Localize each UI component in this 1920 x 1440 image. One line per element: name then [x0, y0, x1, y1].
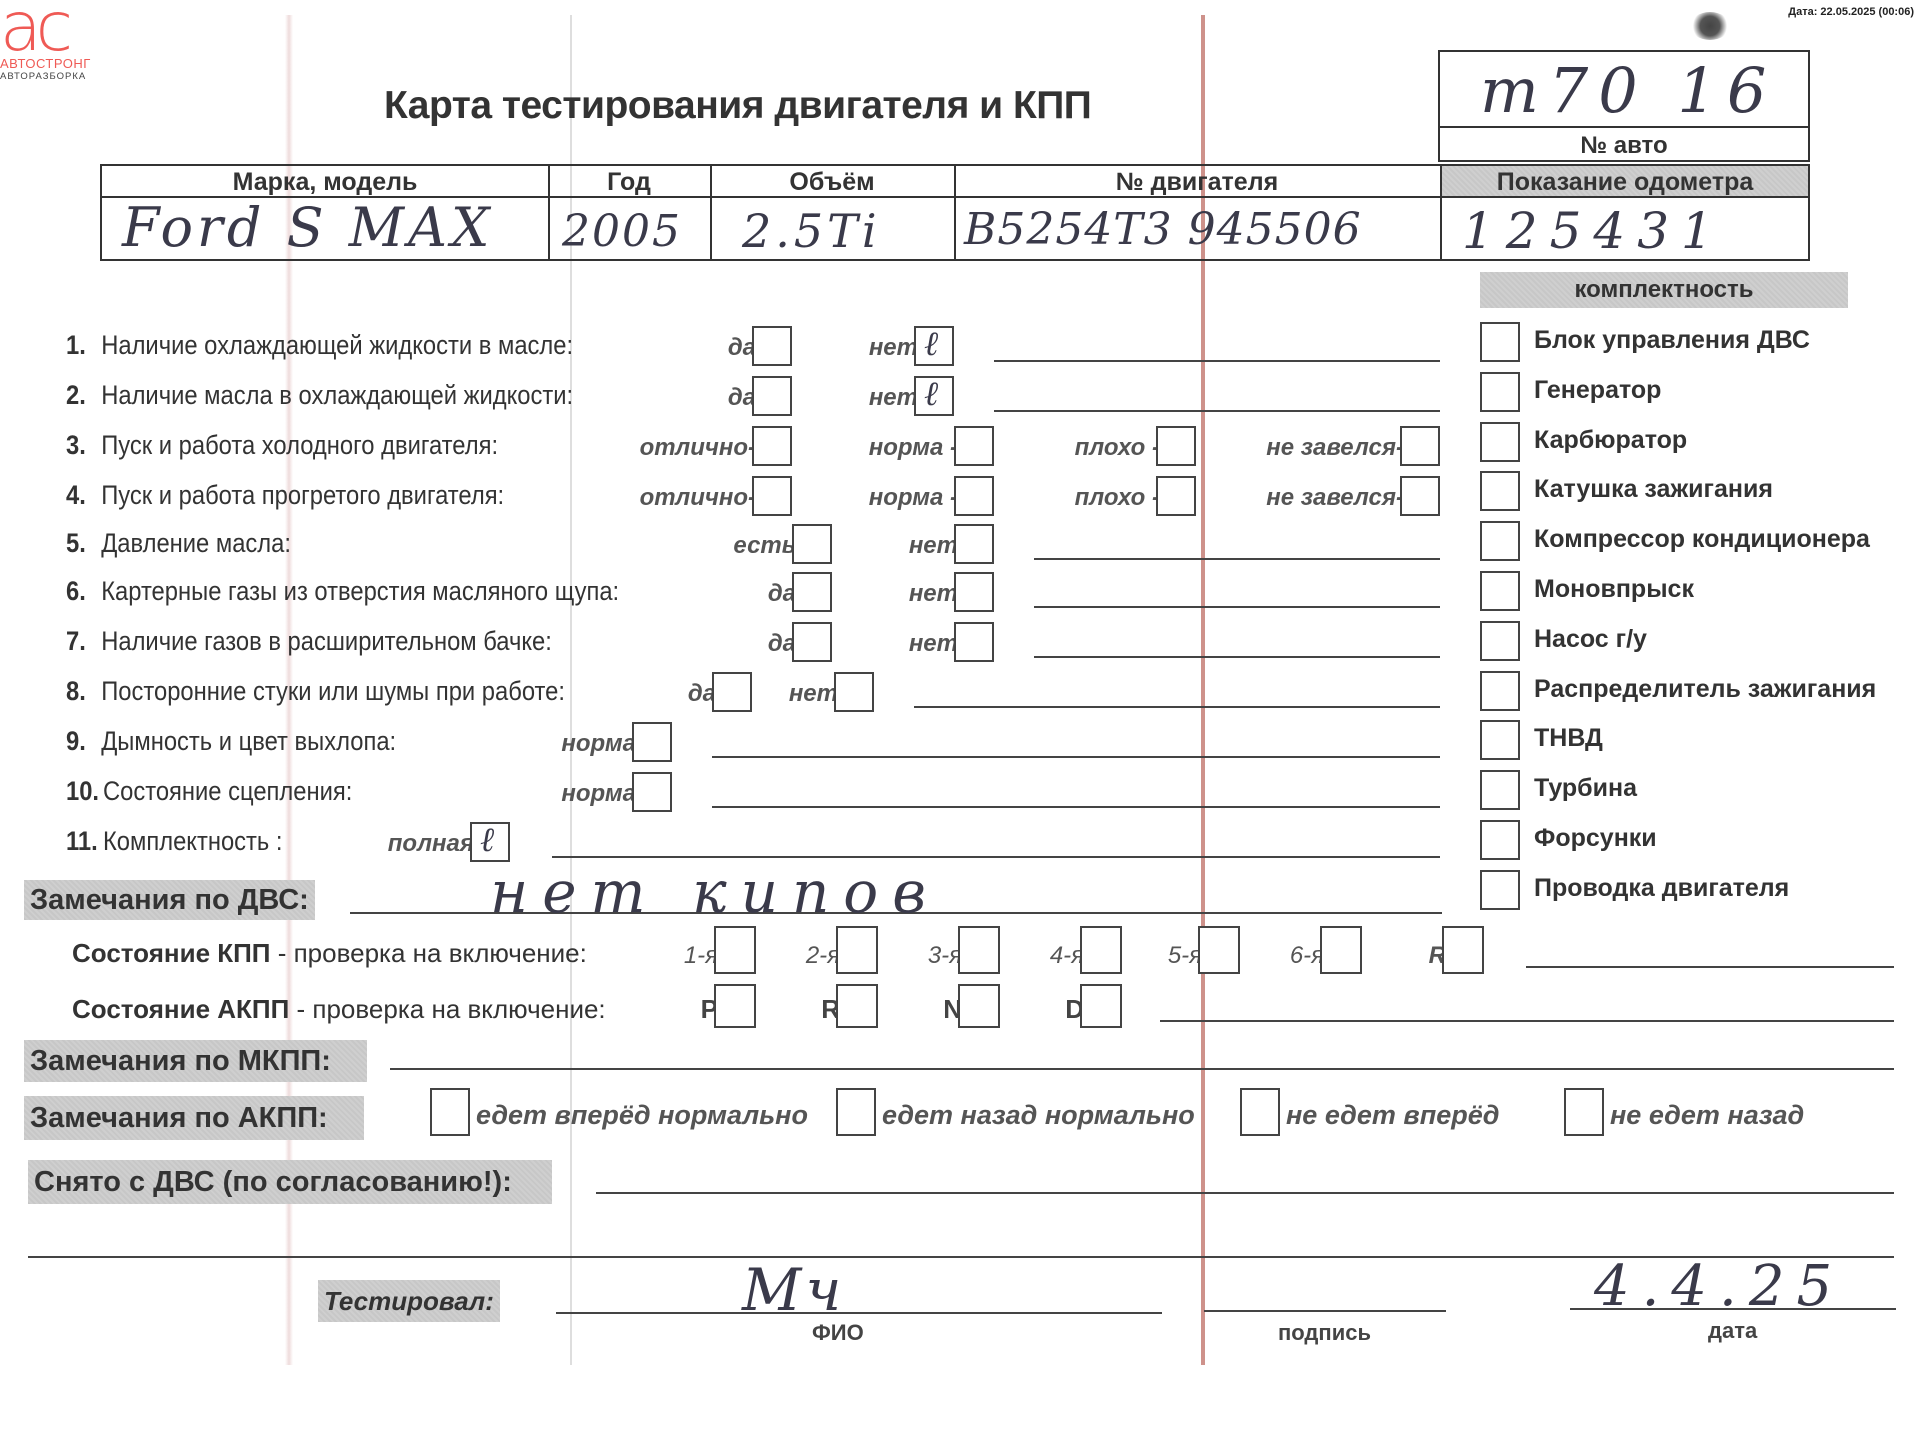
- check-number: 3.: [66, 430, 101, 461]
- check-label: 4.Пуск и работа прогретого двигателя:: [66, 480, 504, 511]
- option-checkbox[interactable]: [752, 426, 792, 466]
- tester-name-line: [556, 1312, 1162, 1314]
- date-caption: дата: [1708, 1318, 1757, 1344]
- ink-blot: [1690, 12, 1730, 40]
- auto-remarks-label: Замечания по АКПП:: [24, 1096, 364, 1140]
- company-logo: ac АВТОСТРОНГ АВТОРАЗБОРКА: [0, 0, 110, 82]
- option-label: норма -: [869, 434, 958, 462]
- check-text: Наличие охлаждающей жидкости в масле:: [101, 330, 573, 360]
- completeness-checkbox[interactable]: [1480, 422, 1520, 462]
- check-label: 7.Наличие газов в расширительном бачке:: [66, 626, 552, 657]
- option-checkbox[interactable]: [954, 476, 994, 516]
- auto-remark-checkbox[interactable]: [1240, 1088, 1280, 1136]
- completeness-label: Проводка двигателя: [1534, 874, 1789, 903]
- header-volume: Объём: [710, 168, 954, 197]
- option-checkbox[interactable]: [752, 476, 792, 516]
- year-value[interactable]: 2005: [562, 206, 682, 257]
- check-text: Посторонние стуки или шумы при работе:: [101, 676, 565, 706]
- mode-checkbox[interactable]: [958, 984, 1000, 1028]
- option-label: нет: [869, 334, 918, 362]
- completeness-checkbox[interactable]: [1480, 820, 1520, 860]
- completeness-checkbox[interactable]: [1480, 720, 1520, 760]
- check-number: 10.: [66, 776, 103, 807]
- gear-label: 2-я: [806, 942, 840, 970]
- check-text: Наличие газов в расширительном бачке:: [101, 626, 552, 656]
- manual-gearbox-label: Состояние КПП - проверка на включение:: [72, 938, 587, 969]
- option-label: нет: [909, 532, 958, 560]
- option-checkbox[interactable]: [1400, 426, 1440, 466]
- check-text: Комплектность :: [103, 826, 283, 856]
- completeness-label: ТНВД: [1534, 724, 1603, 753]
- engine-remarks-value[interactable]: нет кипов: [490, 858, 940, 926]
- option-checkbox[interactable]: [954, 572, 994, 612]
- vehicle-table: Марка, модель Год Объём № двигателя Пока…: [100, 164, 1810, 261]
- tested-by-label: Тестировал:: [318, 1280, 500, 1322]
- check-number: 5.: [66, 528, 101, 559]
- option-checkbox[interactable]: [752, 376, 792, 416]
- option-label: нет: [789, 680, 838, 708]
- check-label: 2.Наличие масла в охлаждающей жидкости:: [66, 380, 573, 411]
- completeness-checkbox[interactable]: [1480, 521, 1520, 561]
- gear-label: 3-я: [928, 942, 962, 970]
- option-checkbox[interactable]: [834, 672, 874, 712]
- gear-checkbox[interactable]: [1442, 926, 1484, 974]
- check-label: 1.Наличие охлаждающей жидкости в масле:: [66, 330, 573, 361]
- check-text: Состояние сцепления:: [103, 776, 352, 806]
- header-engine-number: № двигателя: [954, 168, 1440, 197]
- signature-caption: подпись: [1278, 1320, 1371, 1346]
- check-label: 10.Состояние сцепления:: [66, 776, 352, 807]
- option-checkbox[interactable]: [792, 622, 832, 662]
- mode-checkbox[interactable]: [1080, 984, 1122, 1028]
- check-label: 6.Картерные газы из отверстия масляного …: [66, 576, 619, 607]
- manual-gearbox-title: Состояние КПП: [72, 938, 271, 968]
- option-label: плохо -: [1075, 484, 1160, 512]
- option-checkbox[interactable]: [1400, 476, 1440, 516]
- option-label: норма -: [869, 484, 958, 512]
- header-year: Год: [548, 168, 710, 197]
- option-checkbox[interactable]: [954, 524, 994, 564]
- removed-parts-line[interactable]: [596, 1192, 1894, 1194]
- note-line[interactable]: [1034, 656, 1440, 658]
- note-line[interactable]: [994, 360, 1440, 362]
- completeness-checkbox[interactable]: [1480, 671, 1520, 711]
- option-label: отлично-: [640, 484, 756, 512]
- gear-label: 4-я: [1050, 942, 1084, 970]
- option-label: нет: [869, 384, 918, 412]
- auto-remark-checkbox[interactable]: [1564, 1088, 1604, 1136]
- option-checkbox[interactable]: ℓ: [470, 822, 510, 862]
- option-label: есть: [733, 532, 796, 560]
- option-checkbox[interactable]: [954, 622, 994, 662]
- note-line[interactable]: [994, 410, 1440, 412]
- check-number: 11.: [66, 826, 103, 857]
- check-number: 4.: [66, 480, 101, 511]
- gear-checkbox[interactable]: [1198, 926, 1240, 974]
- option-label: нет: [909, 580, 958, 608]
- car-number-value[interactable]: т70 16: [1480, 54, 1776, 127]
- gear-checkbox[interactable]: [714, 926, 756, 974]
- note-line[interactable]: [914, 706, 1440, 708]
- header-odometer: Показание одометра: [1442, 168, 1808, 197]
- completeness-checkbox[interactable]: [1480, 471, 1520, 511]
- manual-gearbox-subtitle: - проверка на включение:: [271, 938, 587, 968]
- odometer-value[interactable]: 125431: [1462, 202, 1725, 260]
- completeness-header: комплектность: [1480, 272, 1848, 308]
- check-number: 9.: [66, 726, 101, 757]
- completeness-label: Генератор: [1534, 376, 1661, 405]
- completeness-checkbox[interactable]: [1480, 322, 1520, 362]
- check-mark-icon: ℓ: [916, 328, 952, 360]
- option-checkbox[interactable]: [712, 672, 752, 712]
- auto-remark-label: едет вперёд нормально: [476, 1100, 808, 1131]
- completeness-label: Блок управления ДВС: [1534, 326, 1810, 355]
- option-checkbox[interactable]: [1156, 426, 1196, 466]
- option-checkbox[interactable]: ℓ: [914, 376, 954, 416]
- header-make-model: Марка, модель: [102, 168, 548, 197]
- option-checkbox[interactable]: [632, 772, 672, 812]
- check-mark-icon: ℓ: [472, 824, 508, 856]
- check-text: Картерные газы из отверстия масляного щу…: [101, 576, 619, 606]
- option-checkbox[interactable]: [1156, 476, 1196, 516]
- check-label: 5.Давление масла:: [66, 528, 291, 559]
- gear-checkbox[interactable]: [836, 926, 878, 974]
- check-text: Пуск и работа прогретого двигателя:: [101, 480, 504, 510]
- gear-label: 6-я: [1290, 942, 1324, 970]
- completeness-label: Карбюратор: [1534, 426, 1687, 455]
- auto-remark-label: не едет назад: [1610, 1100, 1804, 1131]
- date-line: [1570, 1308, 1896, 1310]
- logo-subtitle: АВТОРАЗБОРКА: [0, 71, 110, 82]
- check-number: 6.: [66, 576, 101, 607]
- auto-gearbox-subtitle: - проверка на включение:: [289, 994, 605, 1024]
- option-label: норма: [561, 730, 636, 758]
- logo-mark-icon: ac: [0, 0, 110, 56]
- note-line[interactable]: [1034, 606, 1440, 608]
- check-label: 9.Дымность и цвет выхлопа:: [66, 726, 396, 757]
- check-number: 7.: [66, 626, 101, 657]
- completeness-label: Моновпрыск: [1534, 575, 1694, 604]
- manual-remarks-line[interactable]: [390, 1068, 1894, 1070]
- gear-label: 5-я: [1168, 942, 1202, 970]
- removed-parts-label: Снято с ДВС (по согласованию!):: [28, 1160, 552, 1204]
- note-line[interactable]: [712, 806, 1440, 808]
- signature-line[interactable]: [1204, 1310, 1446, 1312]
- auto-remark-label: едет назад нормально: [882, 1100, 1195, 1131]
- check-number: 8.: [66, 676, 101, 707]
- page-title: Карта тестирования двигателя и КПП: [384, 84, 1091, 128]
- option-label: не завелся-: [1266, 484, 1404, 512]
- engine-remarks-label: Замечания по ДВС:: [24, 880, 315, 920]
- check-number: 1.: [66, 330, 101, 361]
- check-number: 2.: [66, 380, 101, 411]
- car-number-label: № авто: [1440, 132, 1808, 160]
- auto-remark-checkbox[interactable]: [430, 1088, 470, 1136]
- note-line[interactable]: [1034, 558, 1440, 560]
- option-checkbox[interactable]: ℓ: [914, 326, 954, 366]
- option-checkbox[interactable]: [954, 426, 994, 466]
- option-checkbox[interactable]: [792, 572, 832, 612]
- gear-checkbox[interactable]: [1080, 926, 1122, 974]
- option-label: полная: [388, 830, 474, 858]
- option-label: норма: [561, 780, 636, 808]
- mode-checkbox[interactable]: [836, 984, 878, 1028]
- auto-remark-label: не едет вперёд: [1286, 1100, 1499, 1131]
- completeness-label: Турбина: [1534, 774, 1637, 803]
- gear-label: 1-я: [684, 942, 718, 970]
- completeness-checkbox[interactable]: [1480, 571, 1520, 611]
- gear-checkbox[interactable]: [1320, 926, 1362, 974]
- car-number-box: т70 16 № авто: [1438, 50, 1810, 162]
- mode-checkbox[interactable]: [714, 984, 756, 1028]
- manual-gearbox-line: [1526, 966, 1894, 968]
- completeness-label: Распределитель зажигания: [1534, 675, 1876, 704]
- check-text: Давление масла:: [101, 528, 291, 558]
- check-text: Наличие масла в охлаждающей жидкости:: [101, 380, 573, 410]
- print-date: Дата: 22.05.2025 (00:06): [1788, 6, 1914, 18]
- completeness-label: Форсунки: [1534, 824, 1657, 853]
- option-label: не завелся-: [1266, 434, 1404, 462]
- name-caption: ФИО: [812, 1320, 864, 1346]
- tested-by-text: Тестировал:: [324, 1286, 494, 1316]
- check-mark-icon: ℓ: [916, 378, 952, 410]
- completeness-checkbox[interactable]: [1480, 770, 1520, 810]
- volume-value[interactable]: 2.5Ti: [742, 204, 881, 258]
- auto-gearbox-title: Состояние АКПП: [72, 994, 289, 1024]
- check-label: 11.Комплектность :: [66, 826, 283, 857]
- note-line[interactable]: [712, 756, 1440, 758]
- completeness-checkbox[interactable]: [1480, 870, 1520, 910]
- auto-gearbox-line: [1160, 1020, 1894, 1022]
- engine-number-value[interactable]: B5254T3 945506: [964, 204, 1362, 255]
- make-model-value[interactable]: Ford S MAX: [122, 196, 493, 259]
- option-label: нет: [909, 630, 958, 658]
- completeness-label: Катушка зажигания: [1534, 475, 1773, 504]
- logo-company-name: АВТОСТРОНГ: [0, 56, 110, 71]
- completeness-checkbox[interactable]: [1480, 372, 1520, 412]
- auto-gearbox-label: Состояние АКПП - проверка на включение:: [72, 994, 606, 1025]
- option-checkbox[interactable]: [752, 326, 792, 366]
- option-label: отлично-: [640, 434, 756, 462]
- gear-checkbox[interactable]: [958, 926, 1000, 974]
- car-number-divider: [1440, 126, 1808, 128]
- option-checkbox[interactable]: [632, 722, 672, 762]
- completeness-label: Насос г/у: [1534, 625, 1647, 654]
- option-label: плохо -: [1075, 434, 1160, 462]
- check-label: 3.Пуск и работа холодного двигателя:: [66, 430, 498, 461]
- option-checkbox[interactable]: [792, 524, 832, 564]
- manual-remarks-label: Замечания по МКПП:: [24, 1040, 367, 1082]
- check-text: Пуск и работа холодного двигателя:: [101, 430, 498, 460]
- completeness-label: Компрессор кондиционера: [1534, 525, 1870, 554]
- check-text: Дымность и цвет выхлопа:: [101, 726, 396, 756]
- completeness-checkbox[interactable]: [1480, 621, 1520, 661]
- check-label: 8.Посторонние стуки или шумы при работе:: [66, 676, 565, 707]
- auto-remark-checkbox[interactable]: [836, 1088, 876, 1136]
